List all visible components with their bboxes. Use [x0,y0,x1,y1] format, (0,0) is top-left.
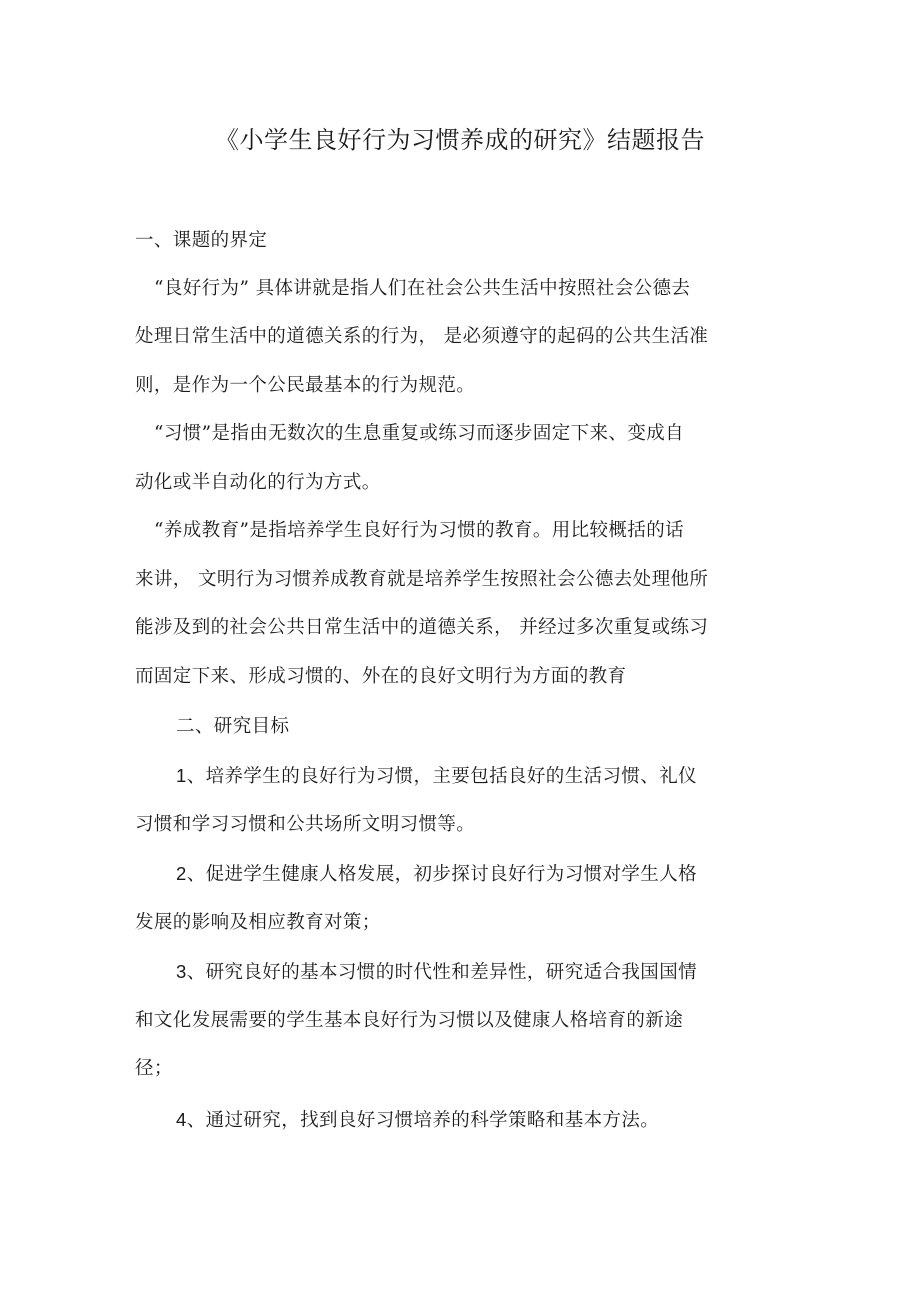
paragraph-line: 而固定下来、形成习惯的、外在的良好文明行为方面的教育 [135,664,626,690]
objective-item-4: 4、通过研究，找到良好习惯培养的科学策略和基本方法。 [176,1107,659,1134]
paragraph-line: 处理日常生活中的道德关系的行为， 是必须遵守的起码的公共生活准 [135,324,708,350]
section-heading-objectives: 二、研究目标 [176,714,289,740]
paragraph-line: 习惯和学习习惯和公共场所文明习惯等。 [135,812,475,838]
item-text: 、研究良好的基本习惯的时代性和差异性，研究适合我国国情 [187,962,697,983]
item-number: 3 [176,961,187,982]
section-heading-definition: 一、课题的界定 [135,228,267,254]
paragraph-line: “习惯”是指由无数次的生息重复或练习而逐步固定下来、变成自 [154,421,684,447]
paragraph-line: 发展的影响及相应教育对策； [135,910,381,936]
document-title: 《小学生良好行为习惯养成的研究》结题报告 [0,124,920,156]
objective-item-1: 1、培养学生的良好行为习惯，主要包括良好的生活习惯、礼仪 [176,763,697,790]
paragraph-line: 径； [135,1056,173,1082]
item-text: 、培养学生的良好行为习惯，主要包括良好的生活习惯、礼仪 [187,766,697,787]
objective-item-2: 2、促进学生健康人格发展，初步探讨良好行为习惯对学生人格 [176,861,697,888]
paragraph-line: 动化或半自动化的行为方式。 [135,470,381,496]
paragraph-line: 则，是作为一个公民最基本的行为规范。 [135,373,475,399]
item-text: 、促进学生健康人格发展，初步探讨良好行为习惯对学生人格 [187,864,697,885]
paragraph-line: “养成教育”是指培养学生良好行为习惯的教育。用比较概括的话 [154,518,684,544]
paragraph-line: “良好行为” 具体讲就是指人们在社会公共生活中按照社会公德去 [154,276,690,302]
item-number: 1 [176,765,187,786]
item-number: 4 [176,1109,187,1130]
item-number: 2 [176,863,187,884]
paragraph-line: 和文化发展需要的学生基本良好行为习惯以及健康人格培育的新途 [135,1008,683,1034]
paragraph-line: 来讲， 文明行为习惯养成教育就是培养学生按照社会公德去处理他所 [135,567,708,593]
item-text: 、通过研究，找到良好习惯培养的科学策略和基本方法。 [187,1110,660,1131]
paragraph-line: 能涉及到的社会公共日常生活中的道德关系， 并经过多次重复或练习 [135,615,708,641]
document-page: 《小学生良好行为习惯养成的研究》结题报告 一、课题的界定 “良好行为” 具体讲就… [0,0,920,1303]
objective-item-3: 3、研究良好的基本习惯的时代性和差异性，研究适合我国国情 [176,959,697,986]
